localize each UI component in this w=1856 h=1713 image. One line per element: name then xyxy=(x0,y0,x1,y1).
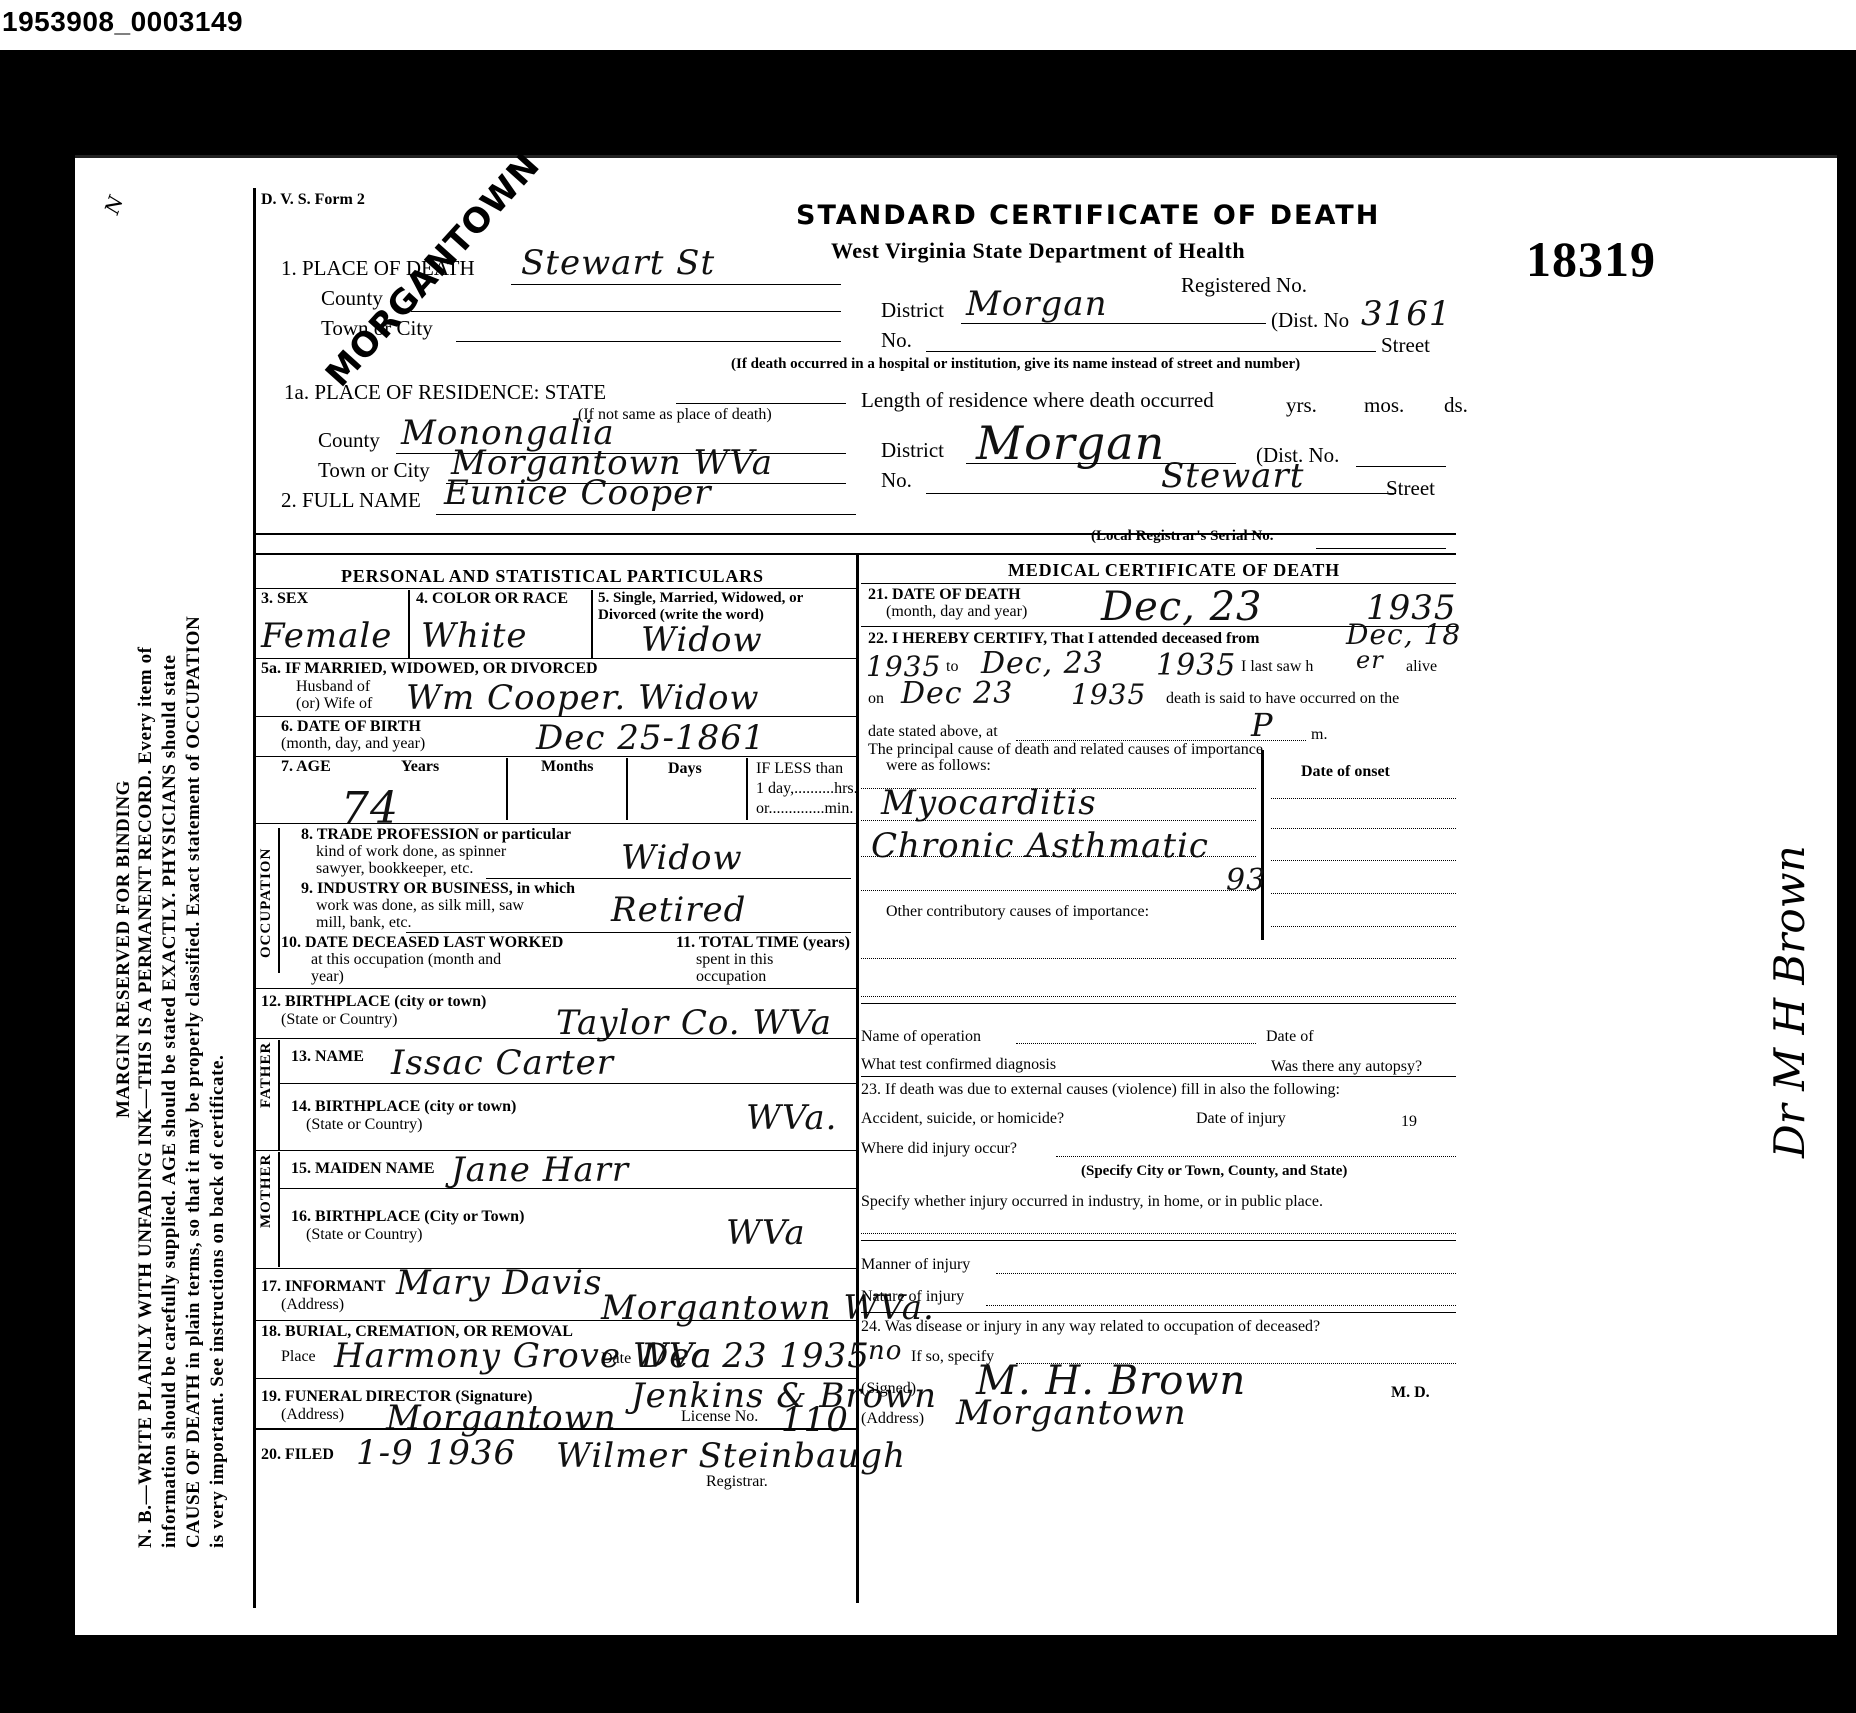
length-of-residence-label: Length of residence where death occurred xyxy=(861,388,1214,413)
death-certificate: N MARGIN RESERVED FOR BINDING N. B.—WRIT… xyxy=(75,155,1837,1635)
spouse-label-1: 5a. IF MARRIED, WIDOWED, OR DIVORCED xyxy=(261,660,598,678)
birthplace-label-2: (State or Country) xyxy=(281,1011,397,1029)
burial-date-label: Date xyxy=(601,1350,631,1368)
margin-line-4: CAUSE OF DEATH in plain terms, so that i… xyxy=(183,616,205,1548)
totaltime-label-1: 11. TOTAL TIME (years) xyxy=(676,934,850,952)
district-value: Morgan xyxy=(966,284,1107,324)
nature-label: Nature of injury xyxy=(861,1288,964,1306)
certificate-title: STANDARD CERTIFICATE OF DEATH xyxy=(796,200,1380,231)
accident-label: Accident, suicide, or homicide? xyxy=(861,1110,1064,1128)
certificate-subtitle: West Virginia State Department of Health xyxy=(831,238,1245,264)
sex-label: 3. SEX xyxy=(261,590,308,608)
cause-1: Myocarditis xyxy=(881,783,1097,823)
last-saw-value: er xyxy=(1356,646,1384,674)
injury-year: 19 xyxy=(1401,1113,1417,1131)
mother-bp-label-1: 16. BIRTHPLACE (City or Town) xyxy=(291,1208,524,1226)
res-no-label: No. xyxy=(881,468,912,493)
years-label: Years xyxy=(401,758,439,776)
industry-value: Retired xyxy=(611,890,746,930)
res-street-label: Street xyxy=(1386,476,1435,501)
dob-sub: (month, day, and year) xyxy=(281,735,425,753)
burial-date-value: Dec 23 1935 xyxy=(641,1336,870,1376)
trade-label-1: 8. TRADE PROFESSION or particular xyxy=(301,826,571,844)
to-label: to xyxy=(946,658,958,676)
race-label: 4. COLOR OR RACE xyxy=(416,590,568,608)
lastworked-label-3: year) xyxy=(311,968,344,986)
occupation-side-label: OCCUPATION xyxy=(258,848,275,958)
mother-name-value: Jane Harr xyxy=(451,1150,629,1190)
margin-line-2: N. B.—WRITE PLAINLY WITH UNFADING INK—TH… xyxy=(135,646,157,1548)
town-label: Town or City xyxy=(321,316,433,341)
totaltime-label-3: occupation xyxy=(696,968,766,986)
lastworked-label-2: at this occupation (month and xyxy=(311,951,501,969)
license-value: 110 xyxy=(781,1400,849,1440)
dob-label: 6. DATE OF BIRTH xyxy=(281,718,421,736)
n-mark: N xyxy=(99,193,128,218)
image-caption: 1953908_0003149 xyxy=(2,6,243,38)
res-town-label: Town or City xyxy=(318,458,430,483)
trade-value: Widow xyxy=(621,838,743,878)
autopsy-label: Was there any autopsy? xyxy=(1271,1058,1422,1076)
operation-date-label: Date of xyxy=(1266,1028,1314,1046)
birthplace-label-1: 12. BIRTHPLACE (city or town) xyxy=(261,993,486,1011)
funeral-addr-value: Morgantown xyxy=(386,1398,617,1438)
last-saw-date: Dec 23 xyxy=(901,676,1013,711)
injury-date-label: Date of injury xyxy=(1196,1110,1286,1128)
trade-label-2: kind of work done, as spinner xyxy=(316,843,506,861)
physician-address-value: Morgantown xyxy=(956,1393,1187,1433)
industry-label-1: 9. INDUSTRY OR BUSINESS, in which xyxy=(301,880,575,898)
res-district-label: District xyxy=(881,438,944,463)
days-label: Days xyxy=(668,760,702,778)
father-bp-value: WVa. xyxy=(746,1098,837,1138)
place-of-death-value: Stewart St xyxy=(521,243,715,283)
registrar-label: Registrar. xyxy=(706,1473,768,1491)
form-body: D. V. S. Form 2 STANDARD CERTIFICATE OF … xyxy=(253,188,1813,1608)
occupation-related-value: no xyxy=(868,1336,902,1366)
personal-heading: PERSONAL AND STATISTICAL PARTICULARS xyxy=(341,566,764,587)
mother-name-label: 15. MAIDEN NAME xyxy=(291,1160,435,1178)
age-label: 7. AGE xyxy=(281,758,331,776)
cause-3: 93 xyxy=(1226,863,1266,898)
industry-label-3: mill, bank, etc. xyxy=(316,914,412,932)
medical-heading: MEDICAL CERTIFICATE OF DEATH xyxy=(1008,560,1340,581)
father-name-label: 13. NAME xyxy=(291,1048,364,1066)
signed-label: (Signed) xyxy=(861,1380,916,1398)
place-of-death-label: 1. PLACE OF DEATH xyxy=(281,256,475,281)
hospital-note: (If death occurred in a hospital or inst… xyxy=(731,356,1300,373)
serial-no-label: (Local Registrar's Serial No. xyxy=(1091,528,1273,545)
dist-no-value: 3161 xyxy=(1361,294,1452,334)
res-county-label: County xyxy=(318,428,380,453)
where-injury-label: Where did injury occur? xyxy=(861,1140,1017,1158)
lastworked-label-1: 10. DATE DECEASED LAST WORKED xyxy=(281,934,563,952)
father-bp-label-2: (State or Country) xyxy=(306,1116,422,1134)
spouse-label-3: (or) Wife of xyxy=(296,695,372,713)
father-name-value: Issac Carter xyxy=(391,1043,614,1083)
registrar-signature: Wilmer Steinbaugh xyxy=(556,1436,906,1476)
marital-value: Widow xyxy=(641,620,763,660)
filed-label: 20. FILED xyxy=(261,1446,334,1464)
cause-2: Chronic Asthmatic xyxy=(871,826,1209,866)
trade-label-3: sawyer, bookkeeper, etc. xyxy=(316,860,473,878)
other-causes-label: Other contributory causes of importance: xyxy=(886,903,1149,921)
side-signature: Dr M H Brown xyxy=(1765,845,1814,1158)
specify-injury-label: Specify whether injury occurred in indus… xyxy=(861,1193,1323,1211)
onset-label: Date of onset xyxy=(1301,763,1390,781)
burial-place-label: Place xyxy=(281,1348,316,1366)
mother-bp-label-2: (State or Country) xyxy=(306,1226,422,1244)
date-above-label: date stated above, at xyxy=(868,723,998,741)
filed-value: 1-9 1936 xyxy=(356,1433,516,1473)
margin-line-5: is very important. See instructions on b… xyxy=(207,1055,229,1548)
father-bp-label-1: 14. BIRTHPLACE (city or town) xyxy=(291,1098,516,1116)
test-label: What test confirmed diagnosis xyxy=(861,1056,1056,1074)
registered-no-label: Registered No. xyxy=(1181,273,1307,298)
manner-label: Manner of injury xyxy=(861,1256,970,1274)
res-district-value: Morgan xyxy=(976,416,1165,470)
sex-value: Female xyxy=(261,616,392,656)
where-injury-note: (Specify City or Town, County, and State… xyxy=(1081,1163,1347,1180)
informant-addr-label: (Address) xyxy=(281,1296,344,1314)
birthplace-value: Taylor Co. WVa xyxy=(556,1003,832,1043)
physician-address-label: (Address) xyxy=(861,1410,924,1428)
district-label: District xyxy=(881,298,944,323)
funeral-addr-label: (Address) xyxy=(281,1406,344,1424)
alive-label: alive xyxy=(1406,658,1437,676)
registered-number: 18319 xyxy=(1526,230,1656,288)
occupation-related-label: 24. Was disease or injury in any way rel… xyxy=(861,1318,1320,1336)
spouse-value: Wm Cooper. Widow xyxy=(406,678,760,718)
external-causes-label: 23. If death was due to external causes … xyxy=(861,1081,1340,1099)
m-label: m. xyxy=(1311,726,1327,744)
operation-label: Name of operation xyxy=(861,1028,981,1046)
race-value: White xyxy=(421,616,528,656)
ds-label: ds. xyxy=(1444,393,1468,418)
county-label: County xyxy=(321,286,383,311)
attended-to-year: 1935 xyxy=(1156,648,1236,683)
time-value: P xyxy=(1251,706,1274,744)
last-saw-label: I last saw h xyxy=(1241,658,1313,676)
street-label: Street xyxy=(1381,333,1430,358)
dist-no-label: (Dist. No xyxy=(1271,308,1349,333)
less-label-3: or..............min. xyxy=(756,800,853,818)
mos-label: mos. xyxy=(1364,393,1404,418)
marital-label: 5. Single, Married, Widowed, or Divorced… xyxy=(598,590,853,624)
informant-value: Mary Davis xyxy=(396,1263,602,1303)
dod-label: 21. DATE OF DEATH xyxy=(868,586,1021,604)
residence-label: 1a. PLACE OF RESIDENCE: STATE xyxy=(284,380,606,405)
margin-line-3: information should be carefully supplied… xyxy=(159,654,181,1548)
last-saw-year: 1935 xyxy=(1071,678,1146,711)
less-label-1: IF LESS than xyxy=(756,760,843,778)
months-label: Months xyxy=(541,758,593,776)
md-label: M. D. xyxy=(1391,1384,1430,1402)
industry-label-2: work was done, as silk mill, saw xyxy=(316,897,524,915)
said-label: death is said to have occurred on the xyxy=(1166,690,1399,708)
no-label: No. xyxy=(881,328,912,353)
on-label: on xyxy=(868,690,884,708)
informant-label: 17. INFORMANT xyxy=(261,1278,385,1296)
mother-side-label: MOTHER xyxy=(258,1154,275,1228)
margin-line-1: MARGIN RESERVED FOR BINDING xyxy=(113,780,135,1118)
res-no-value: Stewart xyxy=(1161,456,1304,496)
dod-value: Dec, 23 xyxy=(1101,584,1262,630)
license-label: License No. xyxy=(681,1408,758,1426)
totaltime-label-2: spent in this xyxy=(696,951,773,969)
spouse-label-2: Husband of xyxy=(296,678,370,696)
full-name-value: Eunice Cooper xyxy=(444,473,712,513)
mother-bp-value: WVa xyxy=(726,1213,806,1253)
dob-value: Dec 25-1861 xyxy=(536,718,766,758)
less-label-2: 1 day,..........hrs. xyxy=(756,780,858,798)
yrs-label: yrs. xyxy=(1286,393,1317,418)
form-id: D. V. S. Form 2 xyxy=(261,191,365,209)
principal-label-2: were as follows: xyxy=(886,757,991,775)
dod-sub: (month, day and year) xyxy=(886,603,1027,621)
binding-margin: N MARGIN RESERVED FOR BINDING N. B.—WRIT… xyxy=(75,158,275,1638)
full-name-label: 2. FULL NAME xyxy=(281,488,421,513)
father-side-label: FATHER xyxy=(258,1042,275,1108)
